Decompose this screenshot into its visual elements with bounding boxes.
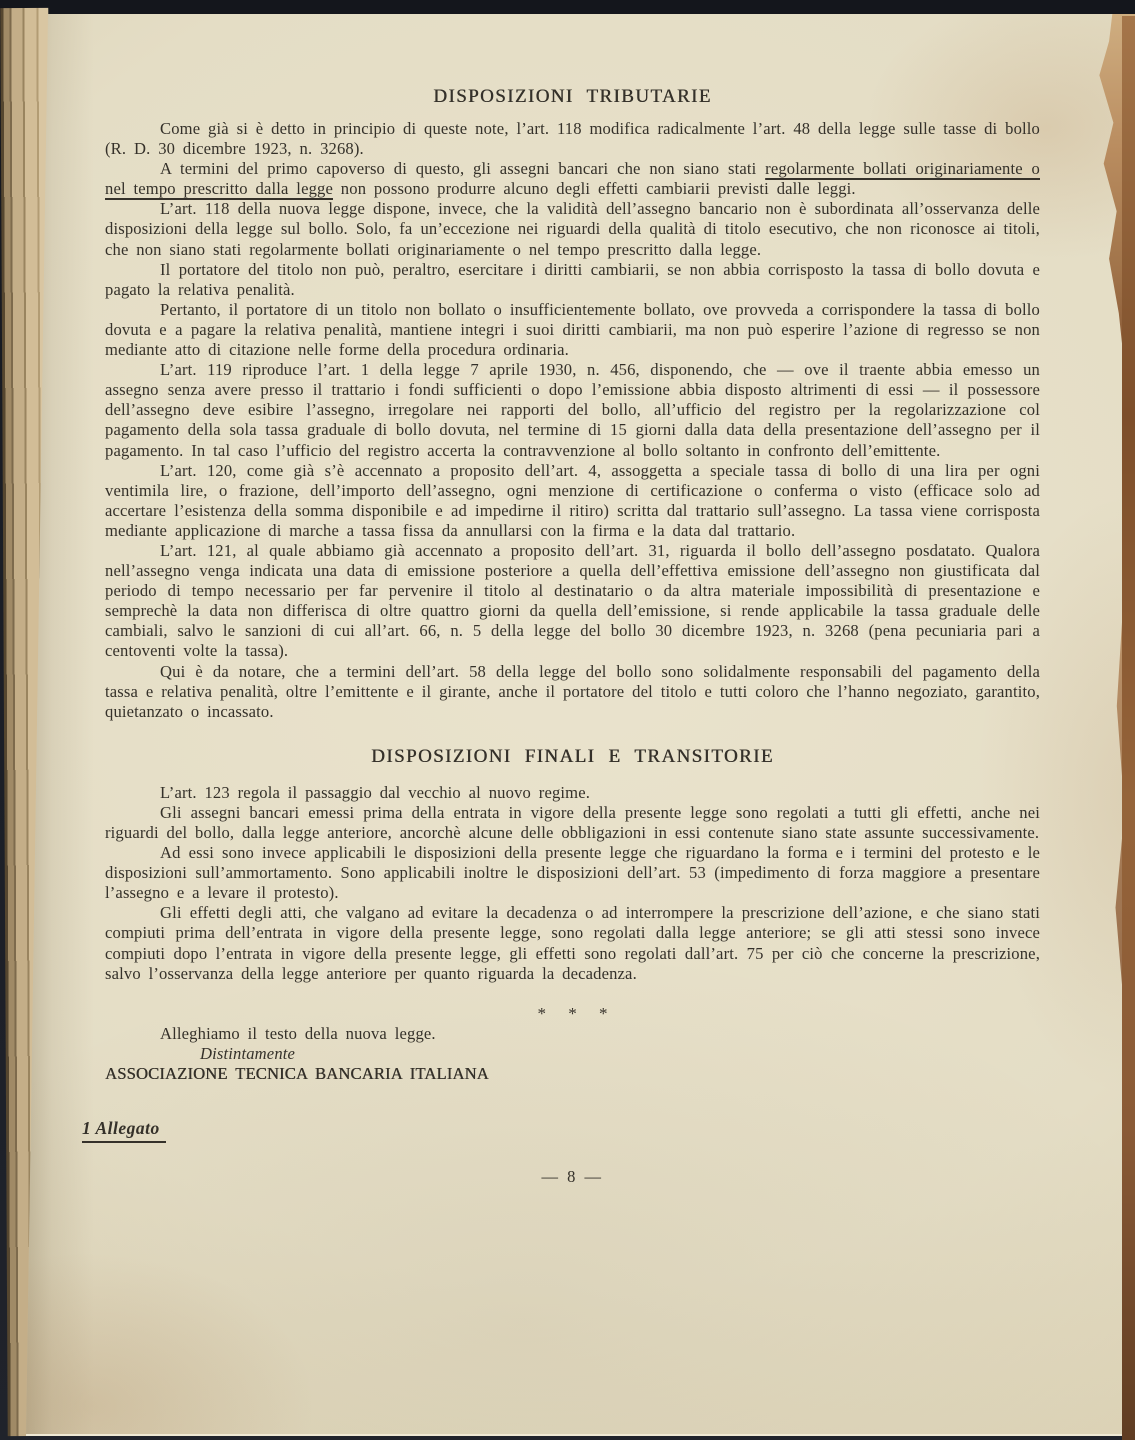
paragraph-segment: A termini del primo capoverso di questo,… [160, 159, 765, 178]
paragraph: Come già si è detto in principio di ques… [105, 119, 1040, 159]
attachment-note: 1 Allegato [82, 1118, 166, 1143]
paragraph: Qui è da notare, che a termini dell’art.… [105, 662, 1040, 722]
valediction: Distintamente [105, 1044, 1040, 1064]
paragraph: Gli assegni bancari emessi prima della e… [105, 803, 1040, 843]
paragraph: Pertanto, il portatore di un titolo non … [105, 300, 1040, 360]
paragraph: L’art. 118 della nuova legge dispone, in… [105, 199, 1040, 259]
heading-disposizioni-tributarie: DISPOSIZIONI TRIBUTARIE [105, 86, 1040, 108]
paragraph: Gli effetti degli atti, che valgano ad e… [105, 903, 1040, 983]
paragraph: Ad essi sono invece applicabili le dispo… [105, 843, 1040, 903]
page-number: — 8 — [105, 1167, 1040, 1187]
heading-disposizioni-finali-transitorie: DISPOSIZIONI FINALI E TRANSITORIE [105, 746, 1040, 768]
paragraph: A termini del primo capoverso di questo,… [105, 159, 1040, 199]
paragraph: L’art. 123 regola il passaggio dal vecch… [105, 783, 1040, 803]
document-page: DISPOSIZIONI TRIBUTARIE Come già si è de… [24, 14, 1135, 1436]
scanned-book-page: DISPOSIZIONI TRIBUTARIE Come già si è de… [0, 0, 1135, 1440]
paragraph: Il portatore del titolo non può, peraltr… [105, 260, 1040, 300]
paragraph: L’art. 120, come già s’è accennato a pro… [105, 461, 1040, 541]
paragraph: L’art. 119 riproduce l’art. 1 della legg… [105, 360, 1040, 460]
attachment-note-row: 1 Allegato [82, 1118, 1040, 1143]
signature-line: ASSOCIAZIONE TECNICA BANCARIA ITALIANA [105, 1064, 1040, 1084]
page-text-block: DISPOSIZIONI TRIBUTARIE Come già si è de… [105, 86, 1040, 1187]
paragraph-segment: non possono produrre alcuno degli effett… [333, 179, 856, 198]
torn-paper-edge-right [1122, 16, 1135, 1440]
closing-line: Alleghiamo il testo della nuova legge. [105, 1024, 1040, 1044]
section-separator-asterisks: * * * [105, 1004, 1040, 1024]
paragraph: L’art. 121, al quale abbiamo già accenna… [105, 541, 1040, 662]
